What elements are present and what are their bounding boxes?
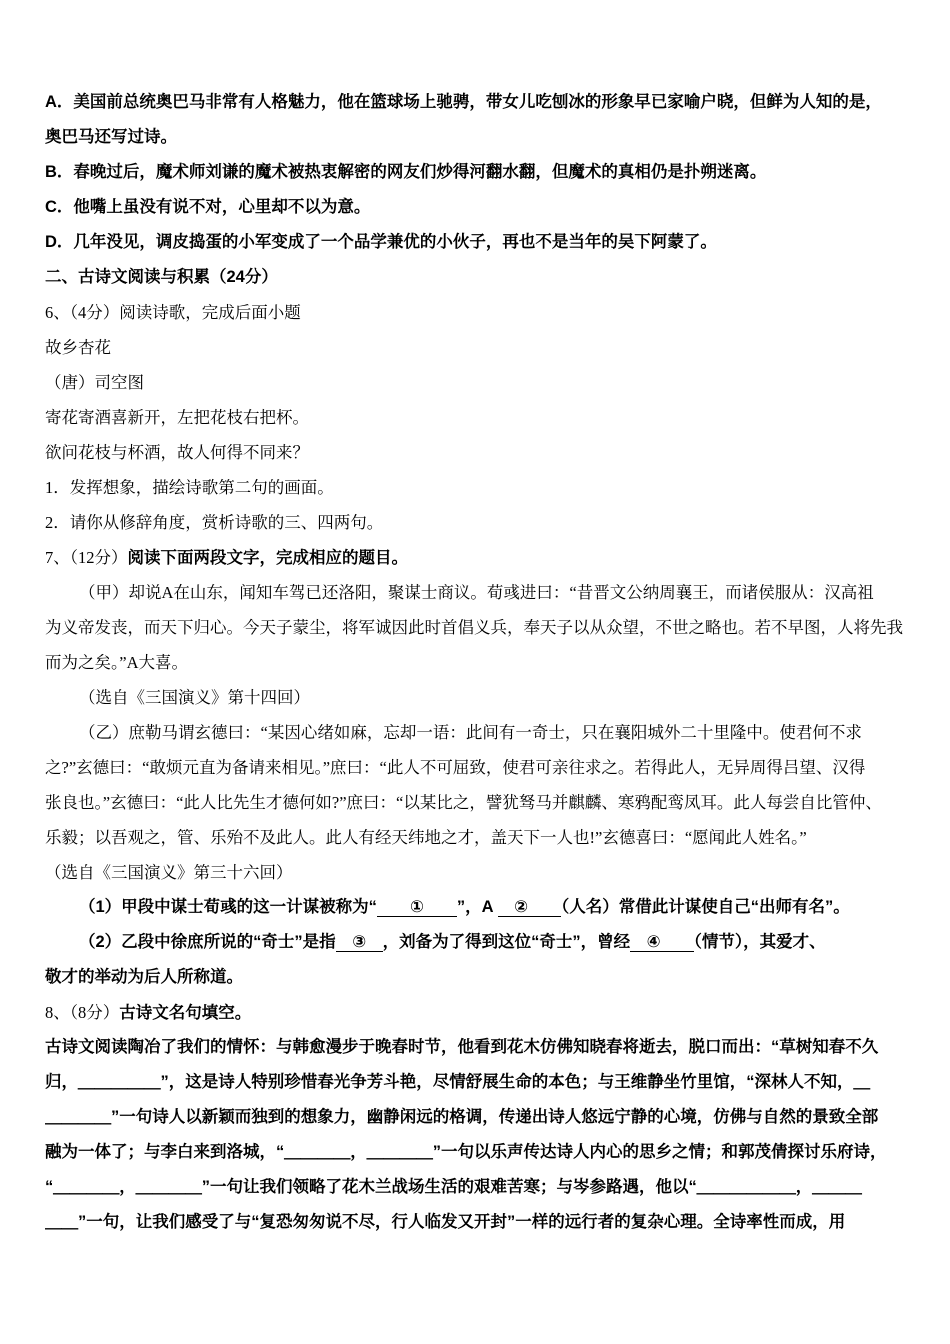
passage-jia-line-1: （甲）却说A在山东，闻知车驾已还洛阳，聚谋士商议。荀彧进曰：“昔晋文公纳周襄王，… bbox=[45, 575, 905, 610]
passage-jia-line-2: 为义帝发丧，而天下归心。今天子蒙尘，将军诚因此时首倡义兵，奉天子以从众望，不世之… bbox=[45, 610, 905, 645]
q8-passage-line-1: 古诗文阅读陶冶了我们的情怀：与韩愈漫步于晚春时节，他看到花木仿佛知晓春将逝去，脱… bbox=[45, 1030, 905, 1065]
passage-yi-line-1: （乙）庶勒马谓玄德曰：“某因心绪如麻，忘却一语：此间有一奇士，只在襄阳城外二十里… bbox=[45, 715, 905, 750]
exam-lines: A．美国前总统奥巴马非常有人格魅力，他在篮球场上驰骋，带女儿吃刨冰的形象早已家喻… bbox=[45, 85, 905, 1240]
text-segment: “＿＿＿＿，＿＿＿＿”一句让我们领略了花木兰战场生活的艰难苦寒；与岑参路遇，他以… bbox=[45, 1178, 862, 1196]
text-segment: 2．请你从修辞角度，赏析诗歌的三、四两句。 bbox=[45, 513, 383, 532]
text-segment: 敬才的举动为后人所称道。 bbox=[45, 968, 243, 986]
passage-yi-line-2: 之?”玄德曰：“敢烦元直为备请来相见。”庶曰：“此人不可屈致，使君可亲往求之。若… bbox=[45, 750, 905, 785]
poem-line-1: 寄花寄酒喜新开，左把花枝右把杯。 bbox=[45, 400, 905, 435]
passage-jia-source: （选自《三国演义》第十四回） bbox=[45, 680, 905, 715]
option-d: D．几年没见，调皮捣蛋的小军变成了一个品学兼优的小伙子，再也不是当年的吴下阿蒙了… bbox=[45, 225, 905, 260]
blank-underline: ④ bbox=[630, 933, 693, 952]
option-b: B．春晚过后，魔术师刘谦的魔术被热衷解密的网友们炒得河翻水翻，但魔术的真相仍是扑… bbox=[45, 155, 905, 190]
sub-question-1: 1．发挥想象，描绘诗歌第二句的画面。 bbox=[45, 470, 905, 505]
poem-title: 故乡杏花 bbox=[45, 330, 905, 365]
text-segment: （乙）庶勒马谓玄德曰：“某因心绪如麻，忘却一语：此间有一奇士，只在襄阳城外二十里… bbox=[79, 723, 862, 742]
q8-passage-line-2: 归，＿＿＿＿＿”，这是诗人特别珍惜春光争芳斗艳，尽情舒展生命的本色；与王维静坐竹… bbox=[45, 1065, 905, 1100]
text-segment: 故乡杏花 bbox=[45, 338, 111, 357]
q8-passage-line-5: “＿＿＿＿，＿＿＿＿”一句让我们领略了花木兰战场生活的艰难苦寒；与岑参路遇，他以… bbox=[45, 1170, 905, 1205]
text-segment: 乐毅；以吾观之，管、乐殆不及此人。此人有经天纬地之才，盖天下一人也!”玄德喜曰：… bbox=[45, 828, 807, 847]
poem-author: （唐）司空图 bbox=[45, 365, 905, 400]
text-segment: 奥巴马还写过诗。 bbox=[45, 128, 177, 146]
text-segment: ＿＿”一句，让我们感受了与“复恐匆匆说不尽，行人临发又开封”一样的远行者的复杂心… bbox=[45, 1213, 845, 1231]
text-segment: ＿＿＿＿”一句诗人以新颖而独到的想象力，幽静闲远的格调，传递出诗人悠远宁静的心境… bbox=[45, 1108, 878, 1126]
blank-underline: ③ bbox=[336, 933, 383, 952]
text-segment: 融为一体了；与李白来到洛城，“＿＿＿＿，＿＿＿＿”一句以乐声传达诗人内心的思乡之… bbox=[45, 1143, 887, 1161]
text-segment: 二、古诗文阅读与积累（24分） bbox=[45, 268, 278, 286]
text-segment: 张良也。”玄德曰：“此人比先生才德何如?”庶曰：“以某比之，譬犹驽马并麒麟、寒鸦… bbox=[45, 793, 882, 812]
passage-yi-source: （选自《三国演义》第三十六回） bbox=[45, 855, 905, 890]
text-segment: 寄花寄酒喜新开，左把花枝右把杯。 bbox=[45, 408, 309, 427]
text-segment: B．春晚过后，魔术师刘谦的魔术被热衷解密的网友们炒得河翻水翻，但魔术的真相仍是扑… bbox=[45, 163, 766, 181]
sub-question-2: 2．请你从修辞角度，赏析诗歌的三、四两句。 bbox=[45, 505, 905, 540]
question-8-label: 8、（8分）古诗文名句填空。 bbox=[45, 995, 905, 1030]
text-segment: C．他嘴上虽没有说不对，心里却不以为意。 bbox=[45, 198, 370, 216]
text-segment: 为义帝发丧，而天下归心。今天子蒙尘，将军诚因此时首倡义兵，奉天子以从众望，不世之… bbox=[45, 618, 903, 637]
text-segment: （2）乙段中徐庶所说的“奇士”是指 bbox=[79, 933, 336, 951]
passage-yi-line-3: 张良也。”玄德曰：“此人比先生才德何如?”庶曰：“以某比之，譬犹驽马并麒麟、寒鸦… bbox=[45, 785, 905, 820]
text-segment: （唐）司空图 bbox=[45, 373, 144, 392]
q8-passage-line-4: 融为一体了；与李白来到洛城，“＿＿＿＿，＿＿＿＿”一句以乐声传达诗人内心的思乡之… bbox=[45, 1135, 905, 1170]
text-segment: 而为之矣。”A大喜。 bbox=[45, 653, 188, 672]
q8-passage-line-3: ＿＿＿＿”一句诗人以新颖而独到的想象力，幽静闲远的格调，传递出诗人悠远宁静的心境… bbox=[45, 1100, 905, 1135]
text-segment: 6、（4分）阅读诗歌，完成后面小题 bbox=[45, 303, 301, 322]
text-segment: （选自《三国演义》第三十六回） bbox=[45, 863, 293, 882]
text-segment: 1．发挥想象，描绘诗歌第二句的画面。 bbox=[45, 478, 334, 497]
fill-blank-2: （2）乙段中徐庶所说的“奇士”是指 ③ ，刘备为了得到这位“奇士”，曾经 ④ （… bbox=[45, 925, 905, 960]
text-segment: D．几年没见，调皮捣蛋的小军变成了一个品学兼优的小伙子，再也不是当年的吴下阿蒙了… bbox=[45, 233, 717, 251]
text-segment: 古诗文阅读陶冶了我们的情怀：与韩愈漫步于晚春时节，他看到花木仿佛知晓春将逝去，脱… bbox=[45, 1038, 878, 1056]
section-heading: 二、古诗文阅读与积累（24分） bbox=[45, 260, 905, 295]
passage-jia-line-3: 而为之矣。”A大喜。 bbox=[45, 645, 905, 680]
text-segment: （人名）常借此计谋使自己“出师有名”。 bbox=[561, 898, 850, 916]
text-segment: 欲问花枝与杯酒，故人何得不同来？ bbox=[45, 443, 309, 462]
text-segment: 之?”玄德曰：“敢烦元直为备请来相见。”庶曰：“此人不可屈致，使君可亲往求之。若… bbox=[45, 758, 865, 777]
text-segment: 8、（8分） bbox=[45, 1003, 119, 1022]
text-segment: （1）甲段中谋士荀彧的这一计谋被称为“ bbox=[79, 898, 377, 916]
text-segment: 归，＿＿＿＿＿”，这是诗人特别珍惜春光争芳斗艳，尽情舒展生命的本色；与王维静坐竹… bbox=[45, 1073, 870, 1091]
poem-line-2: 欲问花枝与杯酒，故人何得不同来？ bbox=[45, 435, 905, 470]
text-segment: （甲）却说A在山东，闻知车驾已还洛阳，聚谋士商议。荀彧进曰：“昔晋文公纳周襄王，… bbox=[79, 583, 874, 602]
text-segment: 7、（12分） bbox=[45, 548, 128, 567]
text-segment: （选自《三国演义》第十四回） bbox=[79, 688, 310, 707]
blank-underline: ① bbox=[377, 898, 457, 917]
question-7-label: 7、（12分）阅读下面两段文字，完成相应的题目。 bbox=[45, 540, 905, 575]
question-6-label: 6、（4分）阅读诗歌，完成后面小题 bbox=[45, 295, 905, 330]
q8-passage-line-6: ＿＿”一句，让我们感受了与“复恐匆匆说不尽，行人临发又开封”一样的远行者的复杂心… bbox=[45, 1205, 905, 1240]
exam-page: A．美国前总统奥巴马非常有人格魅力，他在篮球场上驰骋，带女儿吃刨冰的形象早已家喻… bbox=[0, 0, 950, 1344]
text-segment: ，刘备为了得到这位“奇士”，曾经 bbox=[383, 933, 631, 951]
text-segment: 古诗文名句填空。 bbox=[119, 1004, 251, 1022]
text-segment: A．美国前总统奥巴马非常有人格魅力，他在篮球场上驰骋，带女儿吃刨冰的形象早已家喻… bbox=[45, 93, 882, 111]
option-a-line-2: 奥巴马还写过诗。 bbox=[45, 120, 905, 155]
text-segment: ”，A bbox=[457, 898, 498, 916]
blank-underline: ② bbox=[498, 898, 561, 917]
passage-yi-line-4: 乐毅；以吾观之，管、乐殆不及此人。此人有经天纬地之才，盖天下一人也!”玄德喜曰：… bbox=[45, 820, 905, 855]
fill-blank-2-cont: 敬才的举动为后人所称道。 bbox=[45, 960, 905, 995]
option-c: C．他嘴上虽没有说不对，心里却不以为意。 bbox=[45, 190, 905, 225]
fill-blank-1: （1）甲段中谋士荀彧的这一计谋被称为“ ① ”，A ② （人名）常借此计谋使自己… bbox=[45, 890, 905, 925]
text-segment: 阅读下面两段文字，完成相应的题目。 bbox=[128, 549, 409, 567]
option-a-line-1: A．美国前总统奥巴马非常有人格魅力，他在篮球场上驰骋，带女儿吃刨冰的形象早已家喻… bbox=[45, 85, 905, 120]
text-segment: （情节），其爱才、 bbox=[694, 933, 826, 951]
